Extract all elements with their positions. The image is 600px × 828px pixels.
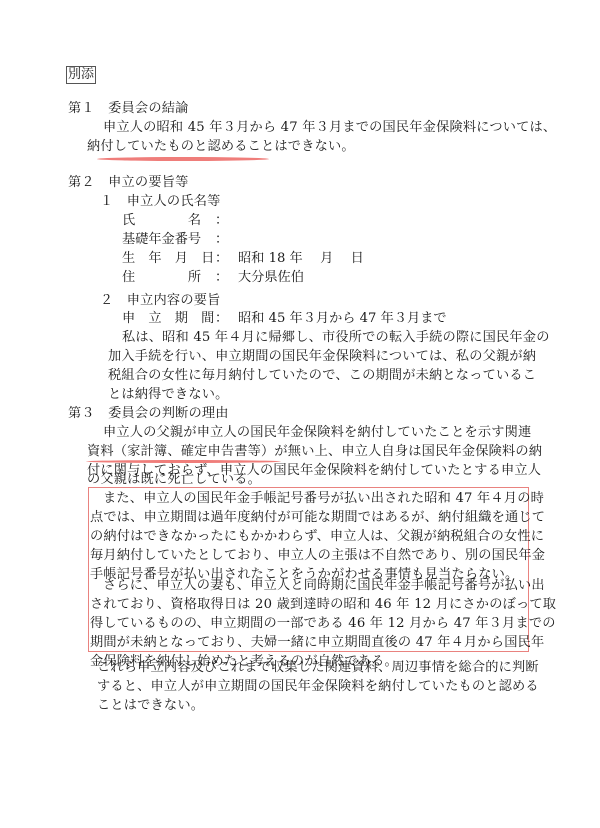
red-underline-conclusion	[97, 157, 269, 161]
sub2-line: 税組合の女性に毎月納付していたので、この期間が未納となっているこ	[108, 366, 536, 385]
para1-line: 申立人の父親が申立人の国民年金保険料を納付していたことを示す関連	[103, 423, 531, 442]
field-label-name: 氏 名	[122, 211, 201, 230]
para1-line: 資料（家計簿、確定申告書等）が無い上、申立人自身は国民年金保険料の納	[87, 442, 542, 461]
field-label-pension-number: 基礎年金番号	[122, 230, 201, 249]
period-value: 昭和 45 年３月から 47 年３月まで	[238, 309, 447, 328]
period-label: 申 立 期 間	[122, 309, 214, 328]
sub2-line: 加入手続を行い、申立期間の国民年金保険料については、私の父親が納	[108, 347, 536, 366]
para2-line: 毎月納付していたとしており、申立人の主張は不自然であり、別の国民年金	[90, 546, 545, 565]
section1-line: 申立人の昭和 45 年３月から 47 年３月までの国民年金保険料については、	[103, 118, 556, 137]
field-sep: ：	[215, 249, 228, 268]
field-sep: ：	[215, 230, 228, 249]
field-value-address: 大分県佐伯	[238, 268, 304, 287]
section2-heading: 第２ 申立の要旨等	[68, 173, 189, 192]
para3-line: されており、資格取得日は 20 歳到達時の昭和 46 年 12 月にさかのぼって…	[90, 595, 556, 614]
field-label-birthdate: 生 年 月 日	[122, 249, 214, 268]
sub1-heading: １ 申立人の氏名等	[100, 192, 221, 211]
para3-line: 期間が未納となっており、夫婦一緒に申立期間直後の 47 年４月から国民年	[90, 633, 544, 652]
para2-line: 点では、申立期間は過年度納付が可能な期間ではあるが、納付組織を通じて	[90, 508, 545, 527]
para3-line: 得しているものの、申立期間の一部である 46 年 12 月から 47 年３月まで…	[90, 614, 556, 633]
attachment-label: 別添	[66, 66, 96, 84]
sub2-heading: ２ 申立内容の要旨	[100, 291, 221, 310]
section3-heading: 第３ 委員会の判断の理由	[68, 404, 229, 423]
para3-line: さらに、申立人の妻も、申立人と同時期に国民年金手帳記号番号が払い出	[103, 576, 545, 595]
field-value-birthdate: 昭和 18 年 月 日	[238, 249, 364, 268]
sub2-line: とは納得できない。	[108, 385, 229, 404]
para2-line: の納付はできなかったにもかかわらず、申立人は、父親が納税組合の女性に	[90, 527, 544, 546]
field-sep: ：	[215, 268, 228, 287]
section1-heading: 第１ 委員会の結論	[68, 99, 189, 118]
field-label-address: 住 所	[122, 268, 201, 287]
field-sep: ：	[215, 309, 228, 328]
section1-line: 納付していたものと認めることはできない。	[87, 137, 355, 156]
para4-line: これら申立内容及びこれまで収集した関連資料、周辺事情を総合的に判断	[97, 658, 539, 677]
sub2-line: 私は、昭和 45 年４月に帰郷し、市役所での転入手続の際に国民年金の	[122, 328, 550, 347]
para2-line: また、申立人の国民年金手帳記号番号が払い出された昭和 47 年４月の時	[103, 489, 544, 508]
para4-line: ことはできない。	[97, 696, 204, 715]
field-sep: ：	[215, 211, 228, 230]
para4-line: すると、申立人が申立期間の国民年金保険料を納付していたものと認める	[97, 677, 539, 696]
